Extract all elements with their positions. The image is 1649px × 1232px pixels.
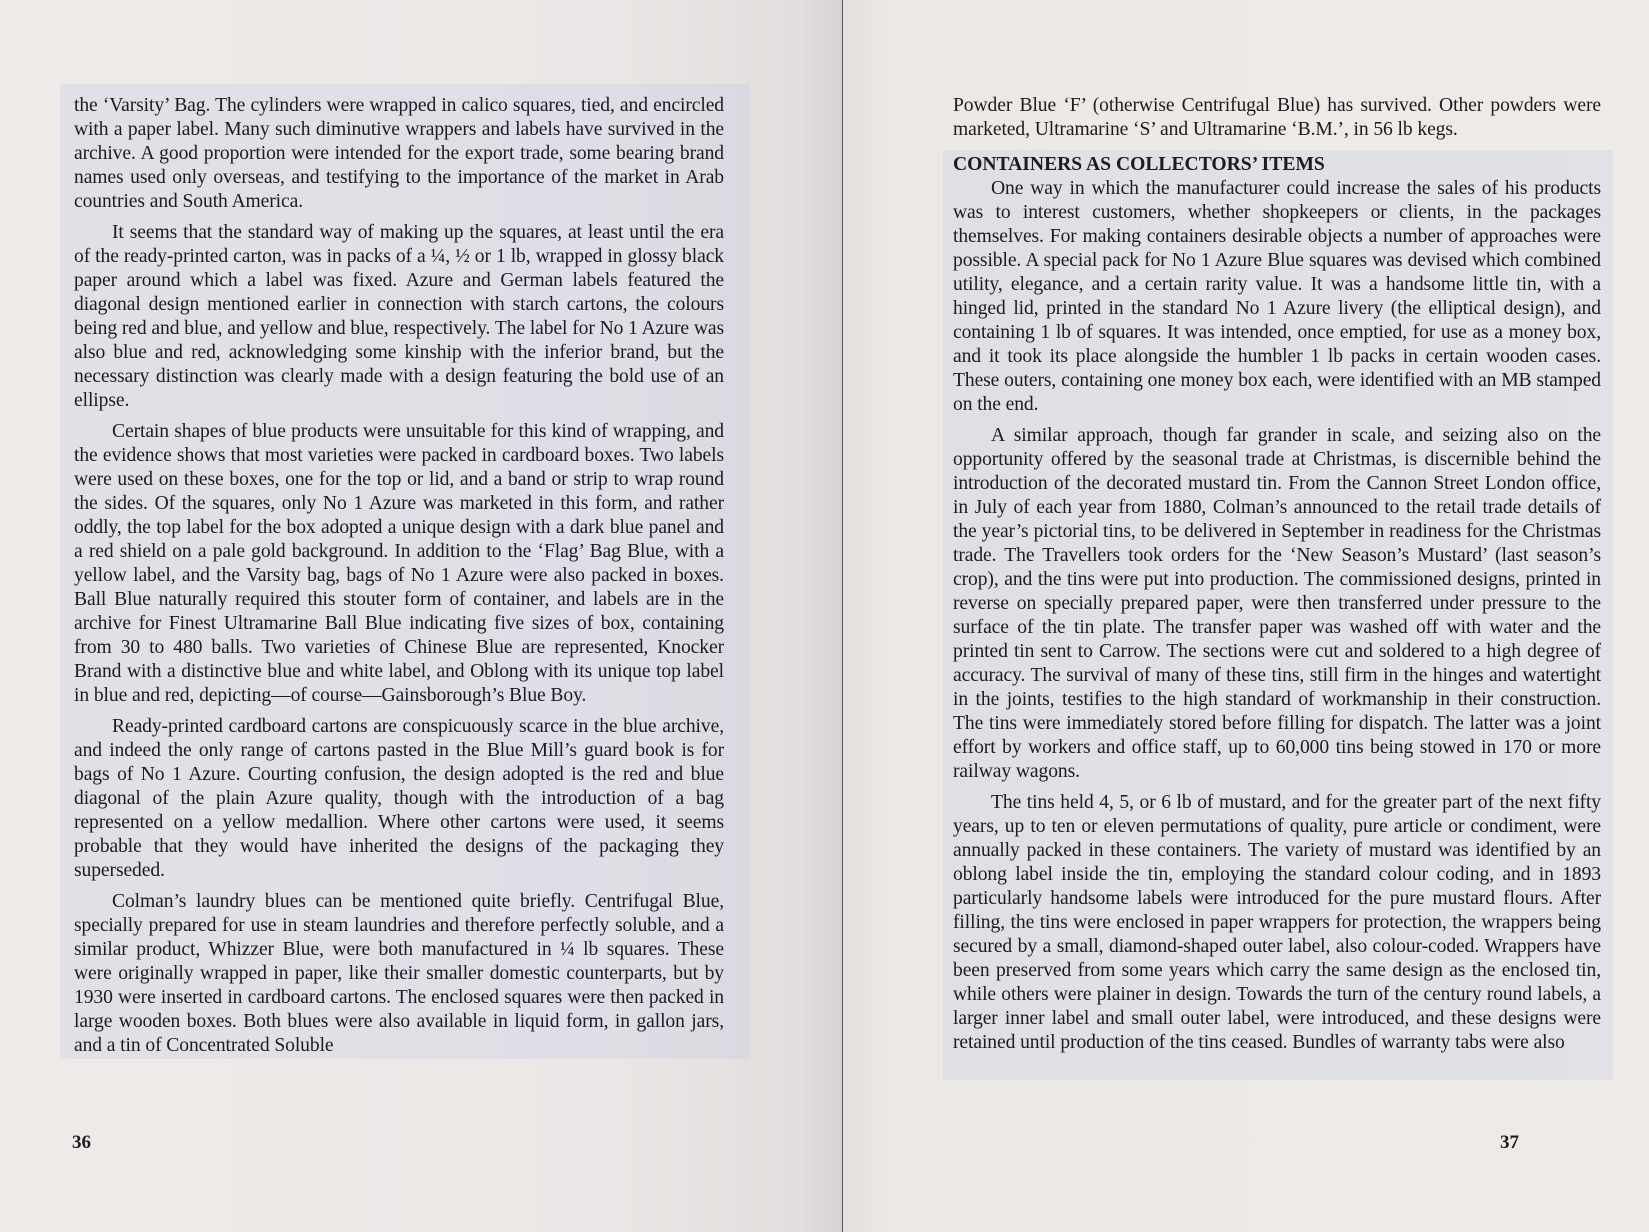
paragraph: Certain shapes of blue products were uns… (74, 420, 724, 708)
section-heading: CONTAINERS AS COLLECTORS’ ITEMS (953, 153, 1601, 177)
left-page: the ‘Varsity’ Bag. The cylinders were wr… (0, 0, 843, 1232)
right-page: Powder Blue ‘F’ (otherwise Centrifugal B… (843, 0, 1649, 1232)
paragraph: Colman’s laundry blues can be mentioned … (74, 890, 724, 1058)
right-page-body: Powder Blue ‘F’ (otherwise Centrifugal B… (953, 94, 1601, 1055)
page-number: 37 (1500, 1132, 1519, 1154)
paragraph: A similar approach, though far grander i… (953, 424, 1601, 784)
book-spread: the ‘Varsity’ Bag. The cylinders were wr… (0, 0, 1649, 1232)
paragraph: One way in which the manufacturer could … (953, 177, 1601, 417)
paragraph: Powder Blue ‘F’ (otherwise Centrifugal B… (953, 94, 1601, 142)
left-page-body: the ‘Varsity’ Bag. The cylinders were wr… (74, 94, 724, 1058)
paragraph: the ‘Varsity’ Bag. The cylinders were wr… (74, 94, 724, 214)
paragraph: The tins held 4, 5, or 6 lb of mustard, … (953, 791, 1601, 1055)
paragraph: It seems that the standard way of making… (74, 221, 724, 413)
paragraph: Ready-printed cardboard cartons are cons… (74, 715, 724, 883)
page-number: 36 (72, 1132, 91, 1154)
